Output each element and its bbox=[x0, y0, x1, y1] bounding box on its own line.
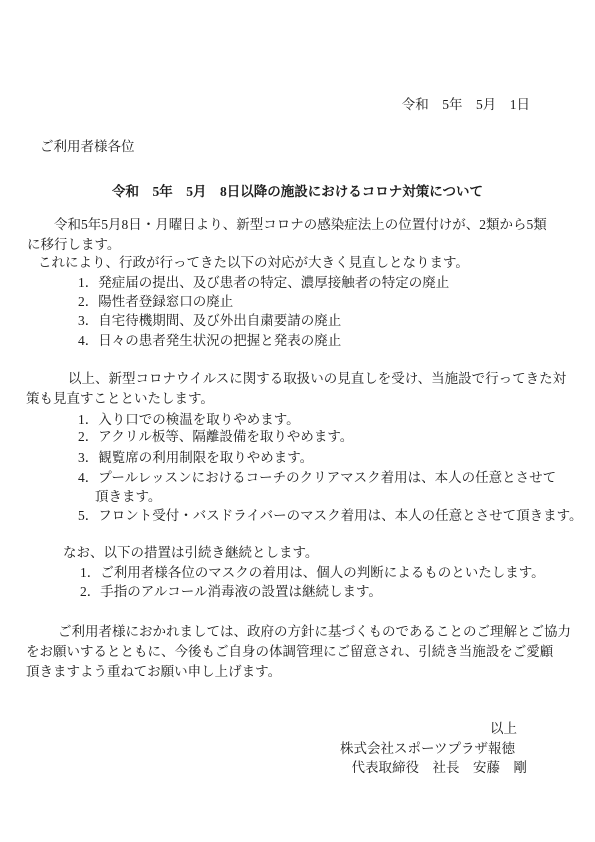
list-item: 5．フロント受付・バスドライバーのマスク着用は、本人の任意とさせて頂きます。 bbox=[78, 506, 583, 526]
paragraph-line: 以上、新型コロナウイルスに関する取扱いの見直しを受け、当施設で行ってきた対 bbox=[68, 369, 566, 389]
paragraph-line: をお願いするとともに、今後もご自身の体調管理にご留意され、引続き当施設をご愛顧 bbox=[26, 642, 553, 662]
list-item: 2．アクリル板等、隔離設備を取りやめます。 bbox=[78, 427, 353, 447]
list-item: 3．観覧席の利用制限を取りやめます。 bbox=[78, 448, 313, 468]
recipient: ご利用者様各位 bbox=[40, 137, 135, 157]
document-page: 令和 5年 5月 1日 ご利用者様各位 令和 5年 5月 8日以降の施設における… bbox=[0, 0, 595, 842]
list-item: 2．陽性者登録窓口の廃止 bbox=[78, 292, 233, 312]
company-name: 株式会社スポーツプラザ報徳 bbox=[340, 739, 515, 759]
paragraph-line: 頂きますよう重ねてお願い申し上げます。 bbox=[26, 662, 281, 682]
paragraph-line: に移行します。 bbox=[27, 235, 120, 255]
document-title: 令和 5年 5月 8日以降の施設におけるコロナ対策について bbox=[0, 182, 595, 202]
list-item: 4．プールレッスンにおけるコーチのクリアマスク着用は、本人の任意とさせて bbox=[78, 468, 556, 488]
paragraph-line: ご利用者様におかれましては、政府の方針に基づくものであることのご理解とご協力 bbox=[58, 622, 571, 642]
list-item: 1．発症届の提出、及び患者の特定、濃厚接触者の特定の廃止 bbox=[78, 273, 449, 293]
list-item-continuation: 頂きます。 bbox=[95, 487, 161, 507]
list-item: 3．自宅待機期間、及び外出自粛要請の廃止 bbox=[78, 311, 341, 331]
paragraph-line: これにより、行政が行ってきた以下の対応が大きく見直しとなります。 bbox=[38, 253, 469, 273]
representative-name: 代表取締役 社長 安藤 剛 bbox=[352, 758, 528, 778]
list-item: 2．手指のアルコール消毒液の設置は継続します。 bbox=[80, 582, 382, 602]
date-line: 令和 5年 5月 1日 bbox=[402, 95, 530, 115]
paragraph-line: なお、以下の措置は引続き継続とします。 bbox=[63, 543, 318, 563]
signature-closing: 以上 bbox=[490, 719, 517, 739]
list-item: 4．日々の患者発生状況の把握と発表の廃止 bbox=[78, 331, 341, 351]
list-item: 1．ご利用者様各位のマスクの着用は、個人の判断によるものといたします。 bbox=[80, 563, 545, 583]
paragraph-line: 策も見直すことといたします。 bbox=[26, 389, 214, 409]
paragraph-line: 令和5年5月8日・月曜日より、新型コロナの感染症法上の位置付けが、2類から5類 bbox=[54, 215, 547, 235]
